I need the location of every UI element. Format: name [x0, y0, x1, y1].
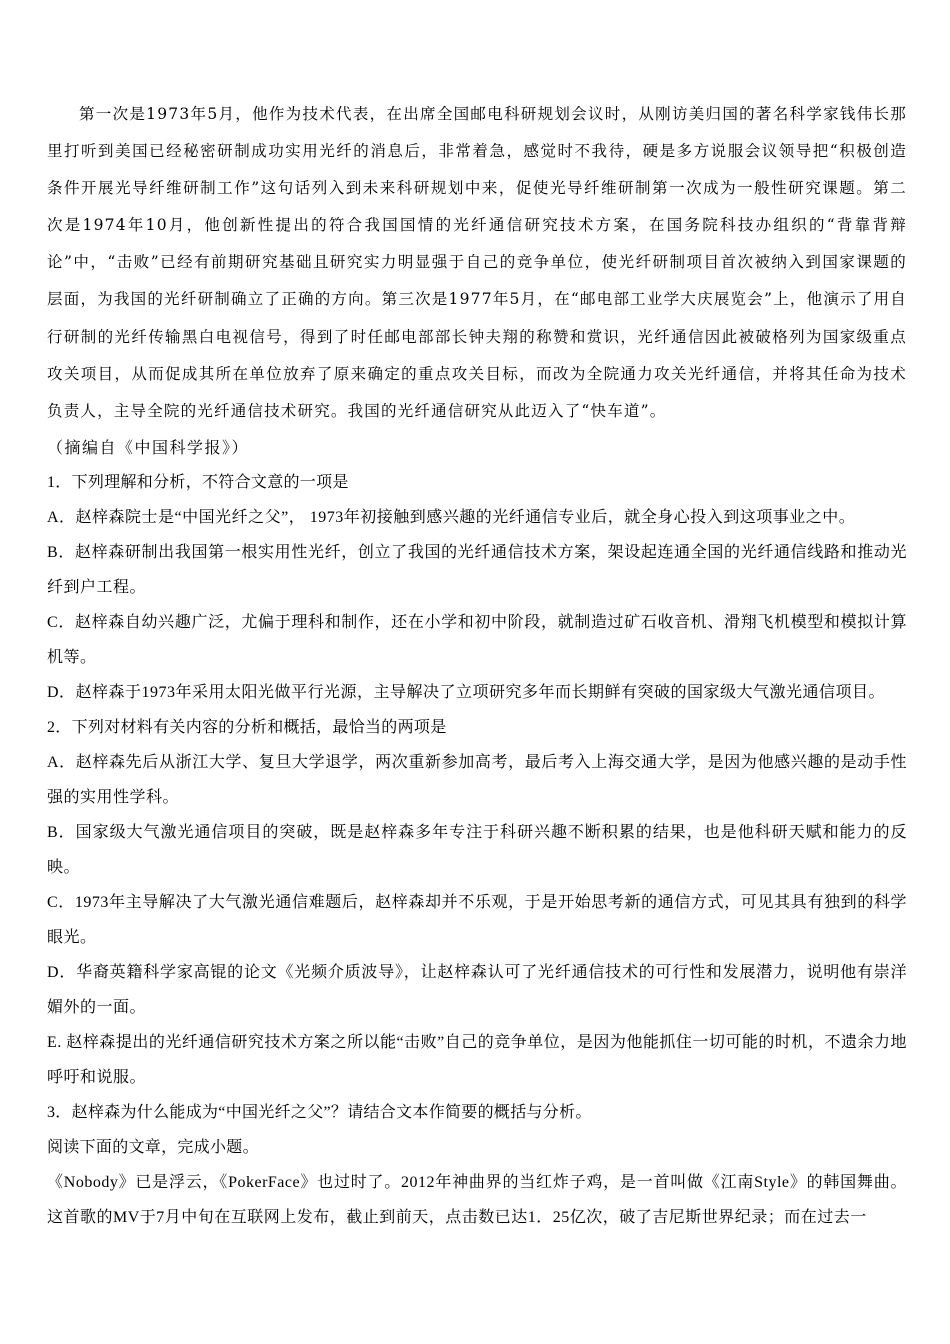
passage-source: （摘编自《中国科学报》）	[47, 430, 907, 465]
option-c: C．赵梓森自幼兴趣广泛，尤偏于理科和制作，还在小学和初中阶段，就制造过矿石收音机…	[47, 605, 907, 675]
passage-paragraph: 第一次是1973年5月，他作为技术代表，在出席全国邮电科研规划会议时，从刚访美归…	[47, 96, 907, 430]
article-paragraph: 《Nobody》已是浮云，《PokerFace》也过时了。2012年神曲界的当红…	[47, 1165, 907, 1235]
option-c: C．1973年主导解决了大气激光通信难题后，赵梓森却并不乐观，于是开始思考新的通…	[47, 885, 907, 955]
option-a: A．赵梓森院士是“中国光纤之父”， 1973年初接触到感兴趣的光纤通信专业后，就…	[47, 500, 907, 535]
reading-passage: 第一次是1973年5月，他作为技术代表，在出席全国邮电科研规划会议时，从刚访美归…	[47, 96, 907, 430]
option-a: A．赵梓森先后从浙江大学、复旦大学退学，两次重新参加高考，最后考入上海交通大学，…	[47, 745, 907, 815]
question-stem: 1．下列理解和分析，不符合文意的一项是	[47, 465, 907, 500]
question-3: 3．赵梓森为什么能成为“中国光纤之父”？请结合文本作简要的概括与分析。	[47, 1095, 907, 1130]
questions-section: （摘编自《中国科学报》） 1．下列理解和分析，不符合文意的一项是 A．赵梓森院士…	[47, 430, 907, 1235]
question-stem: 2．下列对材料有关内容的分析和概括，最恰当的两项是	[47, 710, 907, 745]
question-2: 2．下列对材料有关内容的分析和概括，最恰当的两项是 A．赵梓森先后从浙江大学、复…	[47, 710, 907, 1095]
question-stem: 3．赵梓森为什么能成为“中国光纤之父”？请结合文本作简要的概括与分析。	[47, 1095, 907, 1130]
option-b: B．赵梓森研制出我国第一根实用性光纤，创立了我国的光纤通信技术方案，架设起连通全…	[47, 535, 907, 605]
option-d: D．华裔英籍科学家高锟的论文《光频介质波导》，让赵梓森认可了光纤通信技术的可行性…	[47, 955, 907, 1025]
section-instruction: 阅读下面的文章，完成小题。	[47, 1130, 907, 1165]
document-page: 第一次是1973年5月，他作为技术代表，在出席全国邮电科研规划会议时，从刚访美归…	[47, 96, 907, 1235]
option-d: D．赵梓森于1973年采用太阳光做平行光源，主导解决了立项研究多年而长期鲜有突破…	[47, 675, 907, 710]
question-1: 1．下列理解和分析，不符合文意的一项是 A．赵梓森院士是“中国光纤之父”， 19…	[47, 465, 907, 710]
option-b: B．国家级大气激光通信项目的突破，既是赵梓森多年专注于科研兴趣不断积累的结果，也…	[47, 815, 907, 885]
option-e: E. 赵梓森提出的光纤通信研究技术方案之所以能“击败”自己的竞争单位，是因为他能…	[47, 1025, 907, 1095]
